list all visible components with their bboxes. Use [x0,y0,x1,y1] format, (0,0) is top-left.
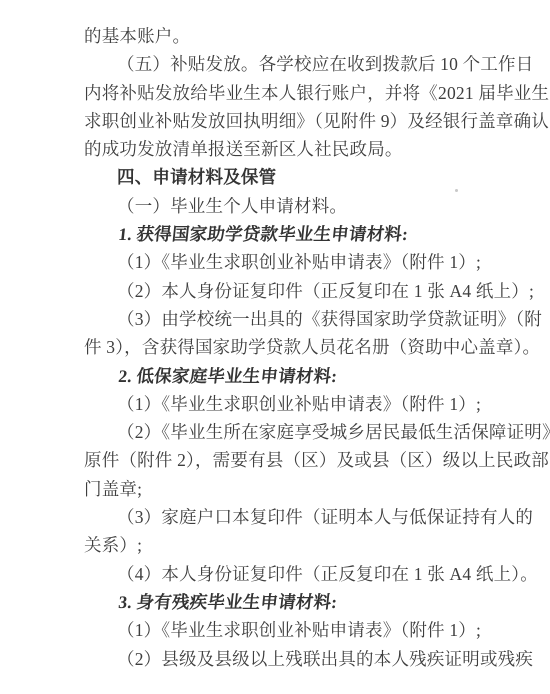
section-heading: 四、申请材料及保管 [84,163,484,191]
document-body: 的基本账户。（五）补贴发放。各学校应在收到拨款后 10 个工作日内将补贴发放给毕… [84,22,484,673]
text-line: （1）《毕业生求职创业补贴申请表》（附件 1）; [84,390,484,418]
text-line: 的基本账户。 [84,22,484,50]
text-line: （2）《毕业生所在家庭享受城乡居民最低生活保障证明》 [84,418,484,446]
text-line: 内将补贴发放给毕业生本人银行账户，并将《2021 届毕业生 [84,79,484,107]
text-line: （2）本人身份证复印件（正反复印在 1 张 A4 纸上）; [84,277,484,305]
text-line: 件 3），含获得国家助学贷款人员花名册（资助中心盖章）。 [84,333,484,361]
text-line: （1）《毕业生求职创业补贴申请表》（附件 1）; [84,616,484,644]
text-line: （4）本人身份证复印件（正反复印在 1 张 A4 纸上）。 [84,560,484,588]
text-line: 门盖章; [84,475,484,503]
text-line: 原件（附件 2），需要有县（区）及或县（区）级以上民政部 [84,446,484,474]
text-line: 关系）; [84,531,484,559]
scan-noise-speck [455,189,458,192]
subsection-heading: 3. 身有残疾毕业生申请材料: [84,588,487,616]
subsection-heading: 1. 获得国家助学贷款毕业生申请材料: [84,220,487,248]
subsection-heading: 2. 低保家庭毕业生申请材料: [84,362,487,390]
text-line: （五）补贴发放。各学校应在收到拨款后 10 个工作日 [84,50,484,78]
text-line: （1）《毕业生求职创业补贴申请表》（附件 1）; [84,248,484,276]
text-line: （3）家庭户口本复印件（证明本人与低保证持有人的 [84,503,484,531]
text-line: 求职创业补贴发放回执明细》（见附件 9）及经银行盖章确认 [84,107,484,135]
text-line: （3）由学校统一出具的《获得国家助学贷款证明》（附 [84,305,484,333]
text-line: （一）毕业生个人申请材料。 [84,192,484,220]
text-line: （2）县级及县级以上残联出具的本人残疾证明或残疾 [84,645,484,673]
document-page: 的基本账户。（五）补贴发放。各学校应在收到拨款后 10 个工作日内将补贴发放给毕… [0,0,550,694]
text-line: 的成功发放清单报送至新区人社民政局。 [84,135,484,163]
